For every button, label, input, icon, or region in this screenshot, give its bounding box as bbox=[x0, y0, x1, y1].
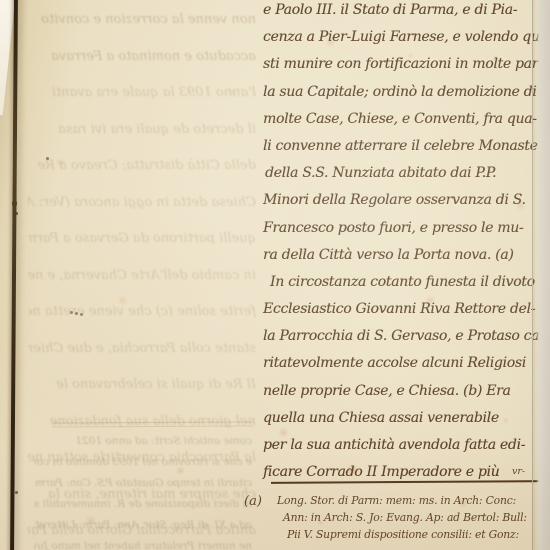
bleedthrough-line: Il Re di quali si celebravano le bbox=[28, 367, 256, 404]
manuscript-line: la Parrocchia di S. Gervaso, e Protaso c… bbox=[263, 323, 550, 350]
bleedthrough-line: in cambio dell'Arte Chaverna, e nelle bbox=[28, 258, 256, 295]
manuscript-line: la sua Capitale; ordinò la demolizione d… bbox=[263, 79, 550, 106]
bleedthrough-line: ferite soline (c) che viene eretta nel bbox=[28, 294, 256, 331]
bleedthrough-line: e che si ritrovino nel 1093 dominio in c… bbox=[34, 452, 252, 473]
bleedthrough-line: Chiesa detta in oggi ancora (Ver: Ar: bbox=[28, 185, 256, 222]
footnote-text: Long. Stor. di Parm: mem: ms. in Arch: C… bbox=[277, 493, 550, 543]
bleedthrough-line: citardi in tempo Guastato P.S. Con: Parm… bbox=[34, 473, 252, 494]
bleedthrough-line: quelli partirono da Gervaso a Parma bbox=[28, 221, 256, 258]
bleedthrough-line: non venne la correzion e convito bbox=[28, 2, 256, 39]
footnote-line: Long. Stor. di Parm: mem: ms. in Arch: C… bbox=[277, 493, 550, 510]
bleedthrough-line: ne numeri Prelatura habent nel mano Juve… bbox=[34, 536, 252, 550]
manuscript-line: ritatevolmente accolse alcuni Religiosi bbox=[263, 350, 550, 377]
bleedthrough-line: come antichi Scrit: ad anno 1021 bbox=[34, 431, 252, 452]
bleedthrough-line: stante colla Parrochia, e due Chierici bbox=[28, 331, 256, 368]
bleedthrough-line: ad a XI. di Reg: Stor. Ann: Parm: Litter… bbox=[34, 515, 252, 536]
manuscript-page: non venne la correzion e convitoaccaduto… bbox=[0, 0, 550, 550]
manuscript-line: Minori della Regolare osservanza di S. bbox=[263, 187, 550, 214]
manuscript-line: In circostanza cotanto funesta il divoto bbox=[263, 269, 550, 296]
bleedthrough-line: il decreto de quali era ivi rasa bbox=[28, 112, 256, 149]
manuscript-line: Francesco posto fuori, e presso le mu- bbox=[263, 215, 550, 242]
footnote-line: Pii V. Supremi dispositione consilii: et… bbox=[277, 527, 550, 544]
bleedthrough-line: la dieci disposizione de R. innumerabili… bbox=[34, 494, 252, 515]
manuscript-line: ra della Città verso la Porta nova. (a) bbox=[263, 242, 550, 269]
bleedthrough-footnote-rule bbox=[52, 421, 254, 427]
page-gutter-edge bbox=[10, 0, 17, 550]
bleedthrough-line: l'anno 1093 la quale era avanti bbox=[28, 75, 256, 112]
manuscript-line: quella una Chiesa assai venerabile bbox=[263, 405, 550, 432]
bleedthrough-line: accaduto e nominato a Ferrava bbox=[28, 39, 256, 76]
manuscript-line: molte Case, Chiese, e Conventi, fra qua- bbox=[263, 106, 550, 133]
catchword: vr- bbox=[512, 466, 525, 477]
footnote-line: Ann: in Arch: S. Jo: Evang. Ap: ad Berto… bbox=[277, 510, 550, 527]
manuscript-line: sti munire con fortificazioni in molte p… bbox=[263, 51, 550, 78]
manuscript-line: li convenne atterrare il celebre Monaste… bbox=[263, 133, 550, 160]
manuscript-line: Ecclesiastico Giovanni Riva Rettore del- bbox=[263, 296, 550, 323]
manuscript-line: per la sua antichità avendola fatta edi- bbox=[263, 432, 550, 459]
manuscript-line: nelle proprie Case, e Chiesa. (b) Era bbox=[263, 378, 550, 405]
main-handwritten-text: e Paolo III. il Stato di Parma, e di Pia… bbox=[263, 0, 550, 486]
bleedthrough-line: della Città distrutta; Creavo a Re bbox=[28, 148, 256, 185]
manuscript-line: e Paolo III. il Stato di Parma, e di Pia… bbox=[263, 0, 550, 24]
manuscript-line: della S.S. Nunziata abitato dai P.P. bbox=[263, 160, 550, 187]
page-right-edge bbox=[532, 0, 550, 550]
verso-bleedthrough-footnotes: come antichi Scrit: ad anno 1021e che si… bbox=[34, 431, 252, 550]
manuscript-line: cenza a Pier-Luigi Farnese, e volendo qu… bbox=[263, 24, 550, 51]
footnote-marker: (a) bbox=[244, 494, 262, 509]
